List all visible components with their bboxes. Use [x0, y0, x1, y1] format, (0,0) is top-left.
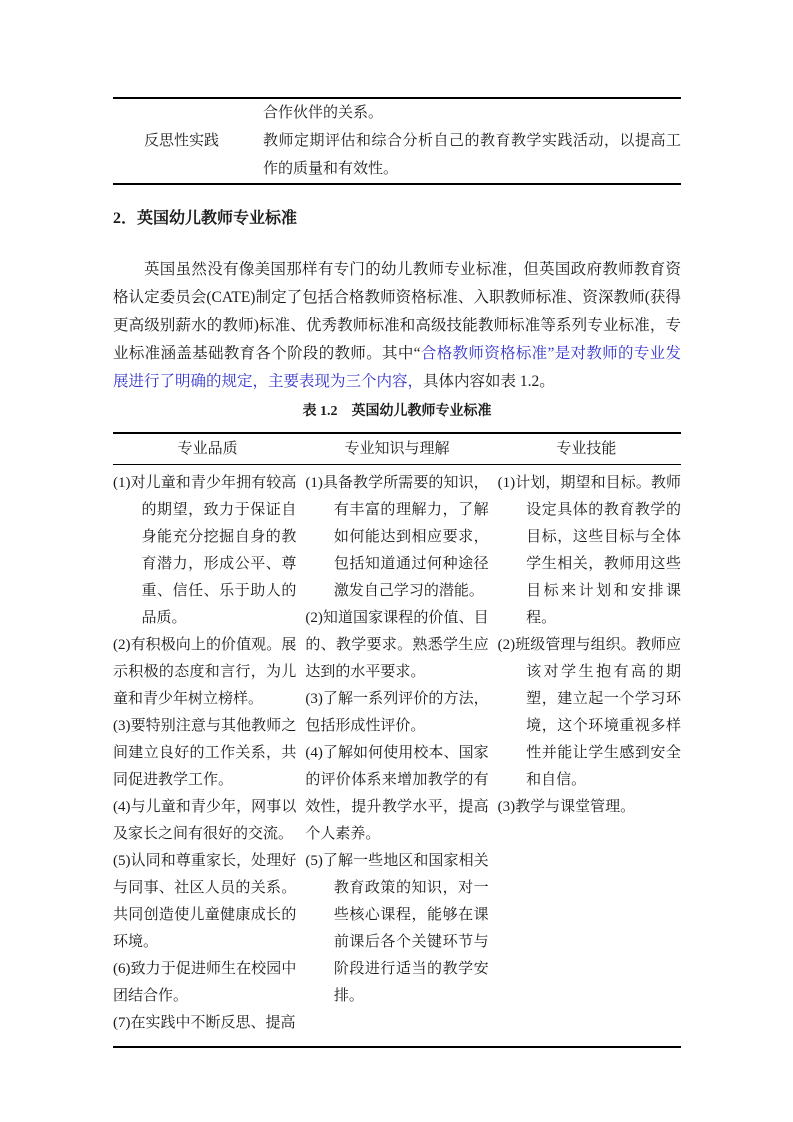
row-text: 教师定期评估和综合分析自己的教育教学实践活动，以提高工作的质量和有效性。	[263, 127, 681, 183]
table-item: (1)具备教学所需要的知识，有丰富的理解力，了解如何能达到相应要求，包括知道通过…	[305, 470, 488, 605]
table-item: (5)认同和尊重家长，处理好与同事、社区人员的关系。共同创造使儿童健康成长的环境…	[113, 848, 296, 956]
table-item: (2)有积极向上的价值观。展示积极的态度和言行，为儿童和青少年树立榜样。	[113, 632, 296, 713]
table-item: (2)知道国家课程的价值、目的、教学要求。熟悉学生应达到的水平要求。	[305, 605, 488, 686]
paragraph-text: 具体内容如表 1.2。	[423, 373, 555, 390]
standards-table-body: (1)对儿童和青少年拥有较高的期望，致力于保证自身能充分挖掘自身的教育潜力，形成…	[113, 465, 681, 1046]
table-item: (6)致力于促进师生在校园中团结合作。	[113, 956, 296, 1010]
table-item: (3)教学与课堂管理。	[498, 794, 681, 821]
row-text: 合作伙伴的关系。	[263, 99, 681, 127]
table-caption: 表 1.2 英国幼儿教师专业标准	[113, 402, 681, 422]
row-label: 反思性实践	[113, 127, 263, 183]
column-header-skills: 专业技能	[492, 434, 681, 464]
standards-table-header: 专业品质 专业知识与理解 专业技能	[113, 434, 681, 465]
table-item: (4)与儿童和青少年，网事以及家长之间有很好的交流。	[113, 794, 296, 848]
column-header-knowledge: 专业知识与理解	[302, 434, 491, 464]
section-heading: 2．英国幼儿教师专业标准	[113, 208, 681, 230]
table-column-qualities: (1)对儿童和青少年拥有较高的期望，致力于保证自身能充分挖掘自身的教育潜力，形成…	[113, 470, 305, 1037]
table-item: (7)在实践中不断反思、提高	[113, 1010, 296, 1037]
table-item: (4)了解如何使用校本、国家的评价体系来增加教学的有效性，提升教学水平，提高个人…	[305, 740, 488, 848]
table-item: (2)班级管理与组织。教师应该对学生抱有高的期塑，建立起一个学习环境，这个环境重…	[498, 632, 681, 794]
table-column-knowledge: (1)具备教学所需要的知识，有丰富的理解力，了解如何能达到相应要求，包括知道通过…	[305, 470, 497, 1037]
column-header-qualities: 专业品质	[113, 434, 302, 464]
page-content: 合作伙伴的关系。 反思性实践 教师定期评估和综合分析自己的教育教学实践活动，以提…	[113, 97, 681, 1048]
row-label	[113, 99, 263, 127]
table-item: (3)要特别注意与其他教师之间建立良好的工作关系，共同促进教学工作。	[113, 713, 296, 794]
table-item: (5)了解一些地区和国家相关教育政策的知识，对一些核心课程，能够在课前课后各个关…	[305, 848, 488, 1010]
table-row: 反思性实践 教师定期评估和综合分析自己的教育教学实践活动，以提高工作的质量和有效…	[113, 127, 681, 183]
table-item: (1)计划，期望和目标。教师设定具体的教育教学的目标，这些目标与全体学生相关，教…	[498, 470, 681, 632]
table-column-skills: (1)计划，期望和目标。教师设定具体的教育教学的目标，这些目标与全体学生相关，教…	[498, 470, 681, 1037]
table-row: 合作伙伴的关系。	[113, 99, 681, 127]
table-item: (3)了解一系列评价的方法，包括形成性评价。	[305, 686, 488, 740]
table-item: (1)对儿童和青少年拥有较高的期望，致力于保证自身能充分挖掘自身的教育潜力，形成…	[113, 470, 296, 632]
standards-table: 专业品质 专业知识与理解 专业技能 (1)对儿童和青少年拥有较高的期望，致力于保…	[113, 432, 681, 1048]
document-page: 合作伙伴的关系。 反思性实践 教师定期评估和综合分析自己的教育教学实践活动，以提…	[0, 0, 793, 1122]
carryover-table: 合作伙伴的关系。 反思性实践 教师定期评估和综合分析自己的教育教学实践活动，以提…	[113, 97, 681, 185]
intro-paragraph: 英国虽然没有像美国那样有专门的幼儿教师专业标准，但英国政府教师教育资格认定委员会…	[113, 256, 681, 396]
